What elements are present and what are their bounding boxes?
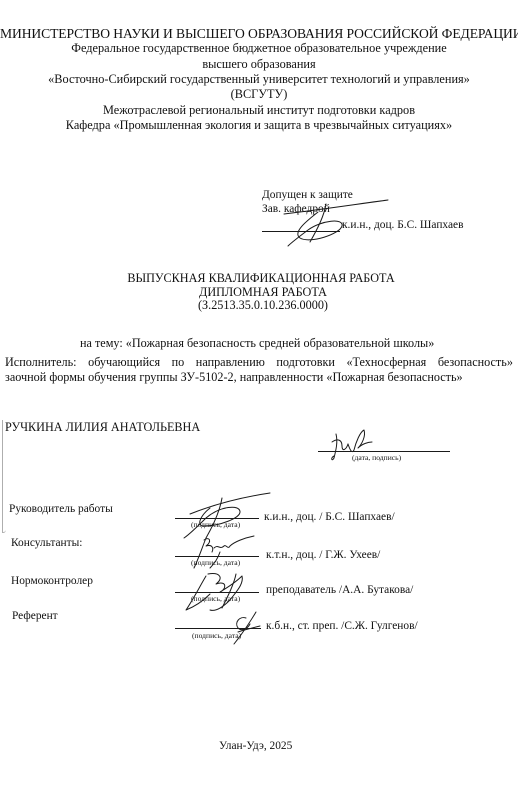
signatory-role-supervisor: Руководитель работы: [9, 503, 113, 515]
referent-name: к.б.н., ст. преп. /С.Ж. Гулгенов/: [266, 620, 418, 632]
work-type-title: ВЫПУСКНАЯ КВАЛИФИКАЦИОННАЯ РАБОТА: [2, 271, 518, 286]
department-name: Кафедра «Промышленная экология и защита …: [0, 118, 518, 133]
work-code: (З.2513.35.0.10.236.0000): [4, 298, 518, 313]
signatory-role-referent: Референт: [12, 610, 58, 622]
university-abbr: (ВСГУТУ): [0, 87, 518, 102]
work-topic: на тему: «Пожарная безопасность средней …: [80, 336, 434, 351]
performer-word: обучающийся: [88, 355, 160, 370]
diploma-title-page: МИНИСТЕРСТВО НАУКИ И ВЫСШЕГО ОБРАЗОВАНИЯ…: [0, 0, 518, 788]
student-signature-icon: [328, 428, 378, 462]
institution-line-1: Федеральное государственное бюджетное об…: [0, 41, 518, 56]
performer-word: безопасность»: [438, 355, 513, 370]
student-name: РУЧКИНА ЛИЛИЯ АНАТОЛЬЕВНА: [5, 420, 200, 435]
referent-signature-icon: [226, 608, 266, 648]
performer-line-2: заочной формы обучения группы ЗУ-5102-2,…: [5, 370, 463, 385]
performer-word: «Техносферная: [346, 355, 426, 370]
university-name: «Восточно-Сибирский государственный унив…: [0, 72, 518, 87]
scan-edge-artifact: [2, 420, 6, 533]
signatory-role-consultants: Консультанты:: [11, 537, 82, 549]
signatory-role-normcontrol: Нормоконтролер: [11, 575, 93, 587]
institute-name: Межотраслевой региональный институт подг…: [0, 103, 518, 118]
city-year: Улан-Удэ, 2025: [219, 740, 292, 752]
performer-word: направлению: [196, 355, 265, 370]
ministry-heading: МИНИСТЕРСТВО НАУКИ И ВЫСШЕГО ОБРАЗОВАНИЯ…: [0, 26, 518, 41]
supervisor-name: к.и.н., доц. / Б.С. Шапхаев/: [264, 511, 395, 523]
performer-word: Исполнитель:: [5, 355, 77, 370]
institution-line-2: высшего образования: [0, 57, 518, 72]
normcontrol-name: преподаватель /А.А. Бутакова/: [266, 584, 413, 596]
performer-word: по: [172, 355, 185, 370]
head-signature-icon: [278, 198, 398, 248]
performer-word: подготовки: [276, 355, 335, 370]
consultant-signature-icon: [190, 534, 260, 570]
consultant-name: к.т.н., доц. / Г.Ж. Ухеев/: [266, 549, 380, 561]
performer-line-1: Исполнитель: обучающийся по направлению …: [5, 355, 513, 370]
